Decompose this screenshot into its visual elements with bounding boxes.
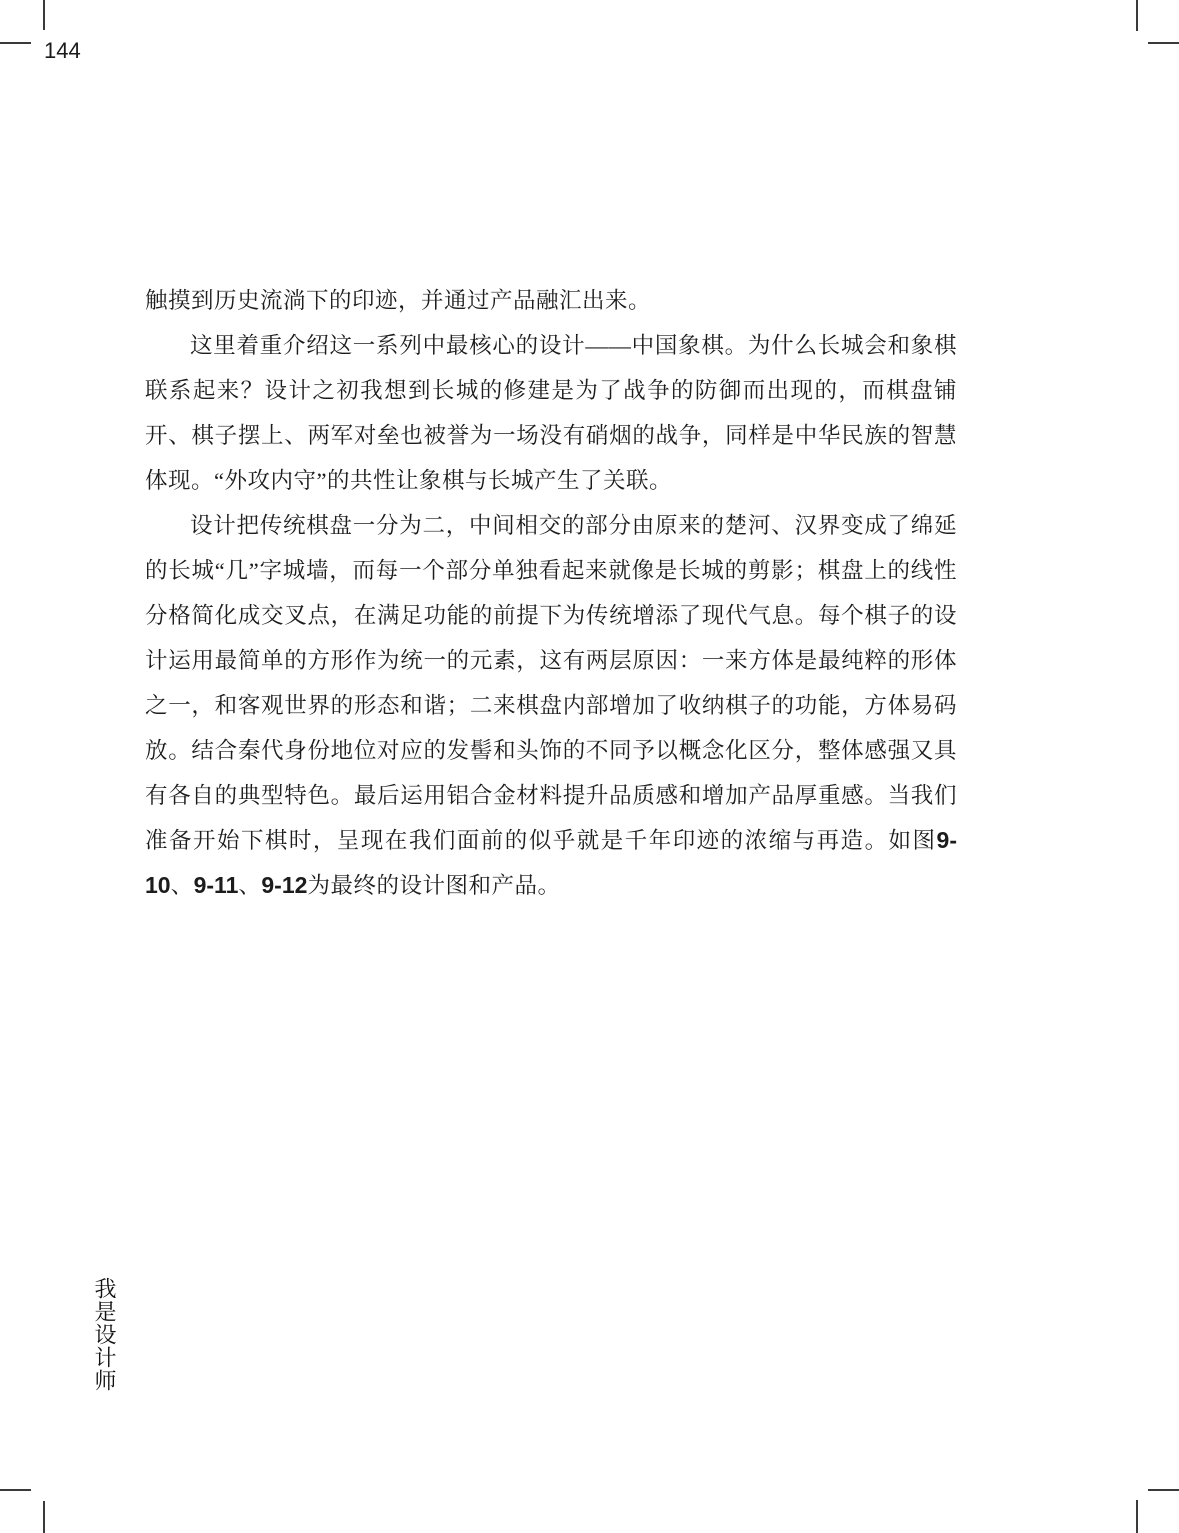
crop-mark-bottom-left-horizontal — [0, 1489, 31, 1491]
crop-mark-top-left-horizontal — [0, 42, 31, 44]
crop-mark-top-left-vertical — [43, 0, 45, 30]
crop-mark-top-right-horizontal — [1148, 42, 1179, 44]
paragraph-continuation: 触摸到历史流淌下的印迹，并通过产品融汇出来。 — [145, 278, 957, 323]
spine-title-vertical: 我是设计师 — [91, 1277, 118, 1392]
crop-mark-bottom-right-vertical — [1136, 1500, 1138, 1533]
figure-separator: 、 — [238, 873, 261, 898]
crop-mark-top-right-vertical — [1136, 0, 1138, 31]
figure-separator: 、 — [171, 873, 194, 898]
body-text-block: 触摸到历史流淌下的印迹，并通过产品融汇出来。 这里着重介绍这一系列中最核心的设计… — [145, 278, 957, 908]
figure-reference-9-11: 9-11 — [194, 872, 239, 898]
paragraph-chess-intro: 这里着重介绍这一系列中最核心的设计——中国象棋。为什么长城会和象棋联系起来？设计… — [145, 323, 957, 503]
paragraph-design-text-end: 为最终的设计图和产品。 — [307, 873, 560, 898]
paragraph-design-description: 设计把传统棋盘一分为二，中间相交的部分由原来的楚河、汉界变成了绵延的长城“几”字… — [145, 503, 957, 908]
crop-mark-bottom-left-vertical — [43, 1501, 45, 1533]
crop-mark-bottom-right-horizontal — [1148, 1489, 1179, 1491]
figure-reference-9-12: 9-12 — [261, 872, 307, 898]
page-number: 144 — [44, 39, 81, 63]
paragraph-design-text: 设计把传统棋盘一分为二，中间相交的部分由原来的楚河、汉界变成了绵延的长城“几”字… — [145, 513, 957, 853]
